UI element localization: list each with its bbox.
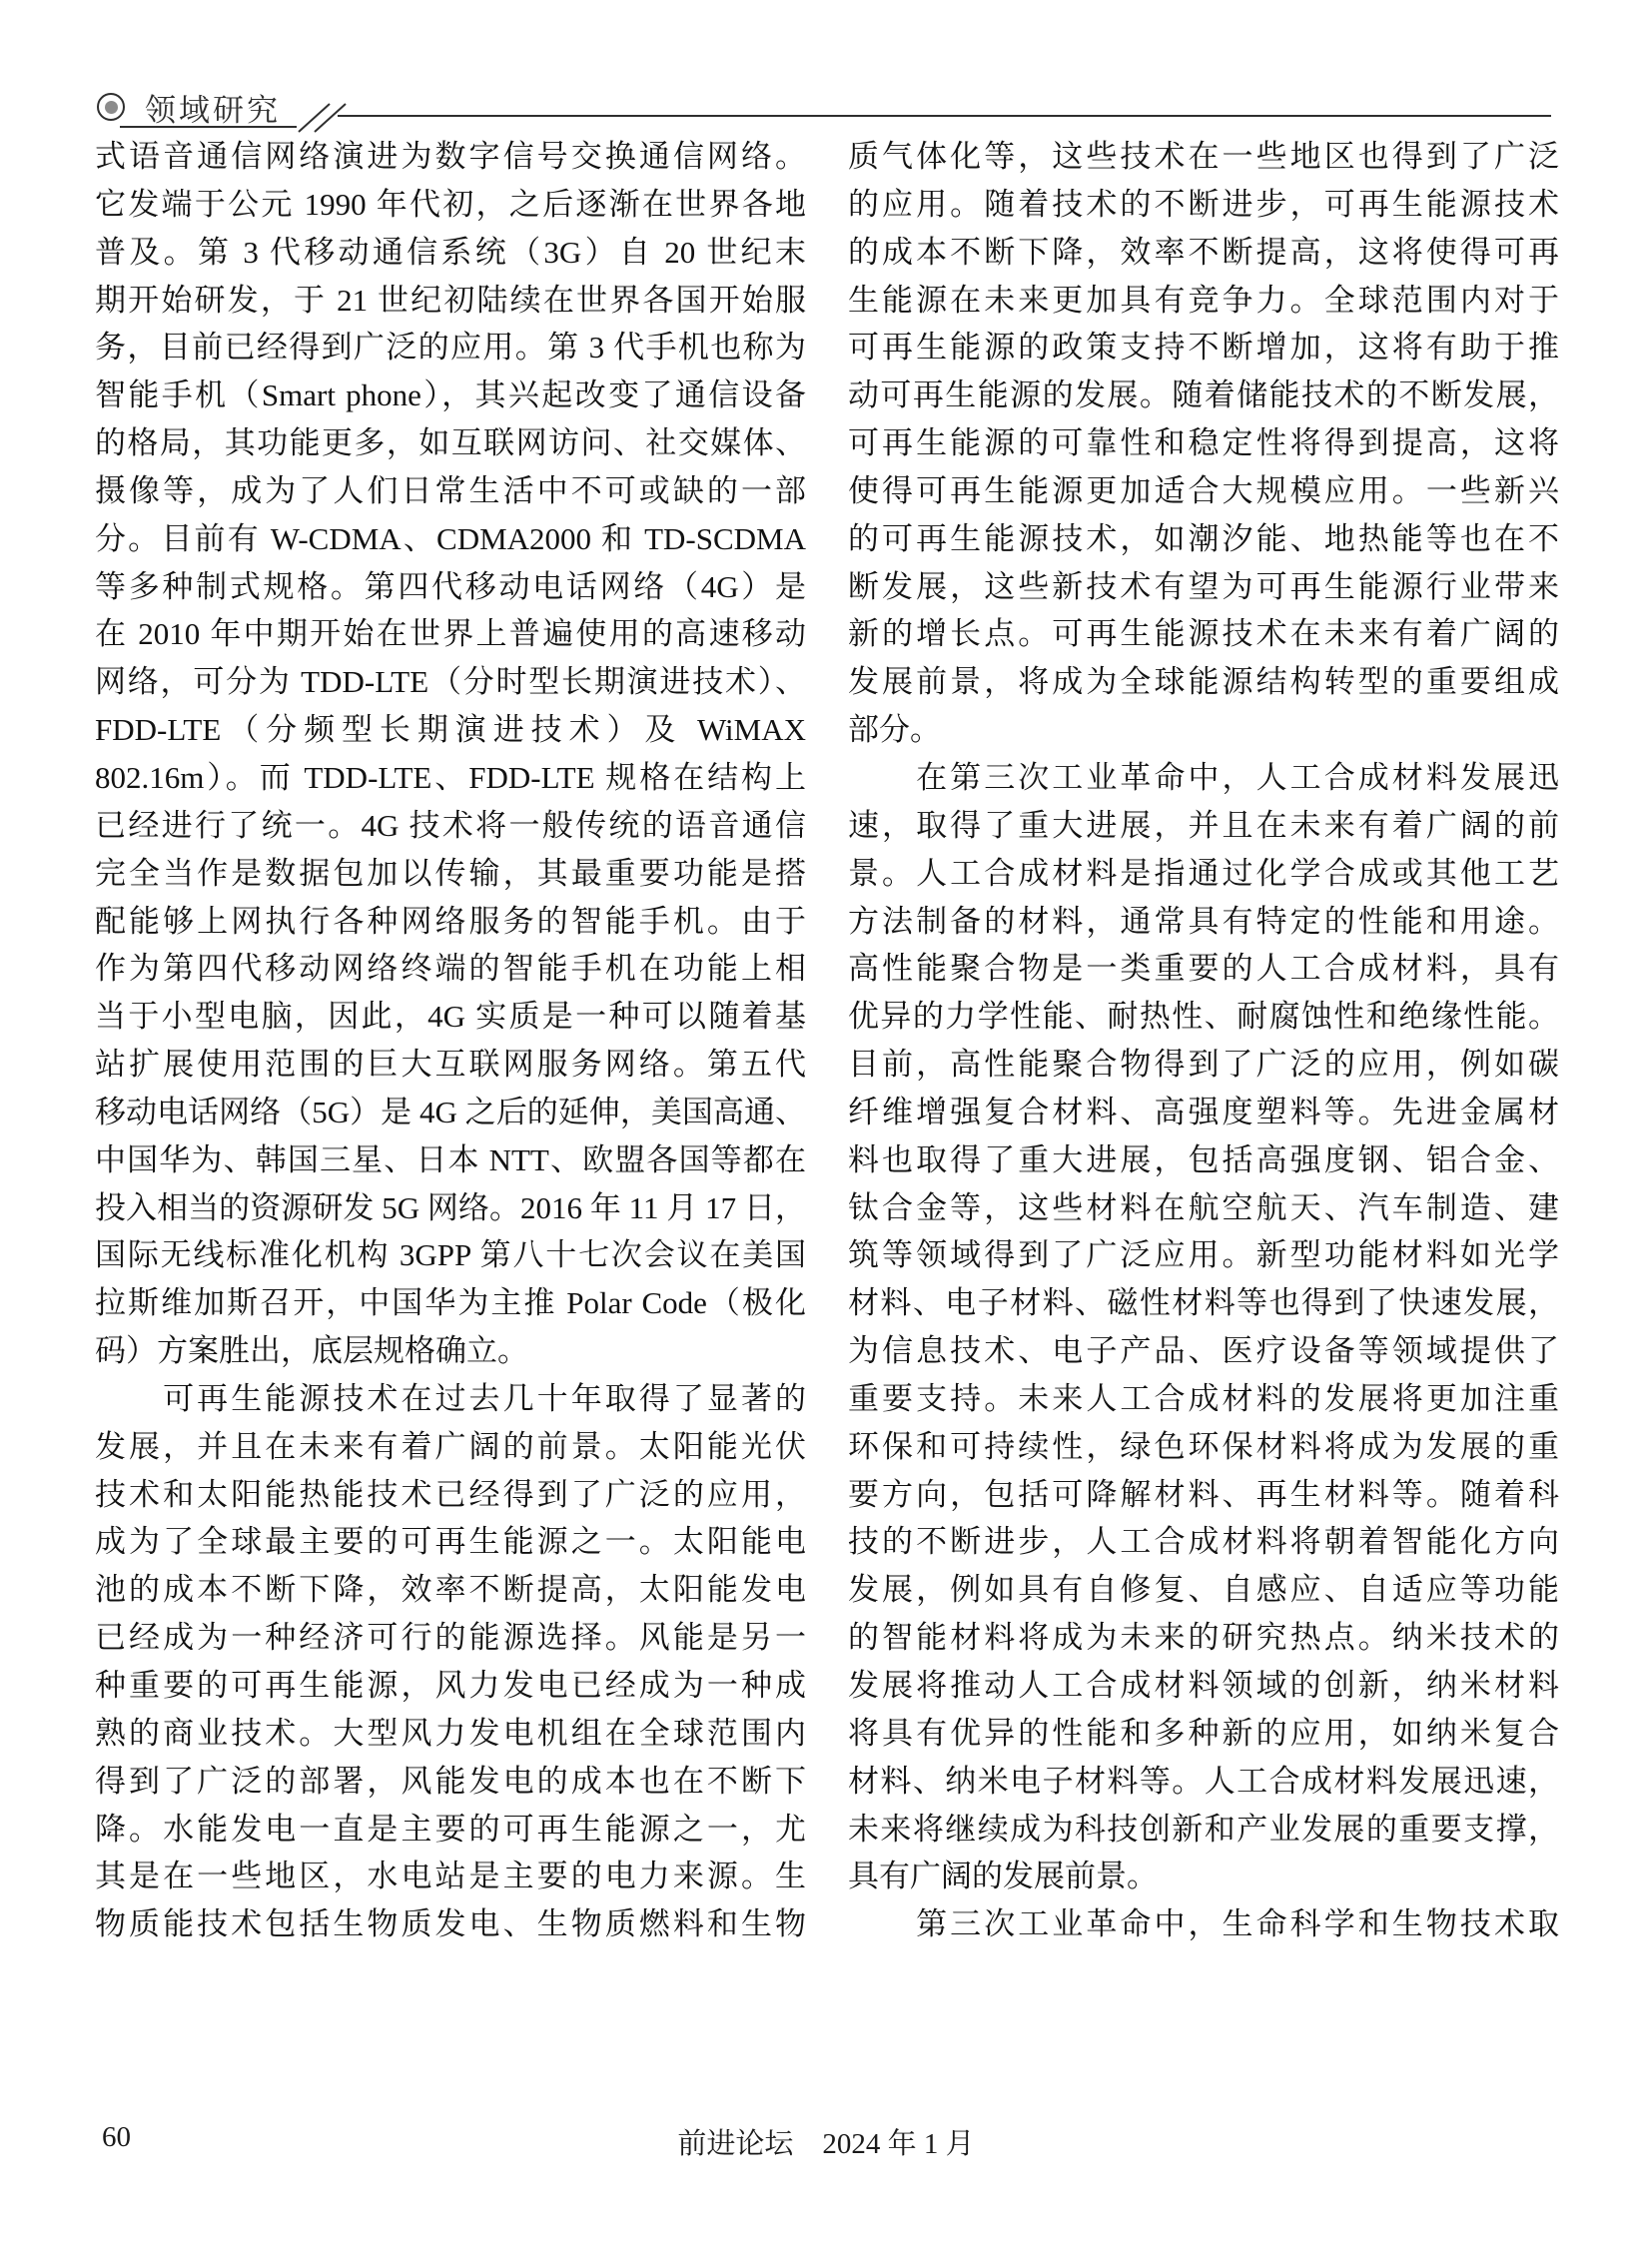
text-line: 摄像等，成为了人们日常生活中不可或缺的一部 [95,467,806,515]
text-line: 动可再生能源的发展。随着储能技术的不断发展， [848,372,1559,419]
text-line: 技术和太阳能热能技术已经得到了广泛的应用， [95,1471,806,1519]
text-line: 拉斯维加斯召开，中国华为主推 Polar Code（极化 [95,1279,806,1327]
text-line: 重要支持。未来人工合成材料的发展将更加注重 [848,1375,1559,1423]
text-line: 速，取得了重大进展，并且在未来有着广阔的前 [848,802,1559,850]
section-label: 领域研究 [145,85,281,130]
text-line: 第三次工业革命中，生命科学和生物技术取 [848,1900,1559,1948]
text-line: 的格局，其功能更多，如互联网访问、社交媒体、 [95,419,806,467]
text-line: 未来将继续成为科技创新和产业发展的重要支撑， [848,1806,1559,1854]
document-page: 领域研究 式语音通信网络演进为数字信号交换通信网络。它发端于公元 1990 年代… [0,0,1652,2242]
text-line: 池的成本不断下降，效率不断提高，太阳能发电 [95,1566,806,1614]
text-line: 的成本不断下降，效率不断提高，这将使得可再 [848,229,1559,277]
text-line: 成为了全球最主要的可再生能源之一。太阳能电 [95,1518,806,1566]
text-line: 发展，例如具有自修复、自感应、自适应等功能 [848,1566,1559,1614]
text-line: 为信息技术、电子产品、医疗设备等领域提供了 [848,1327,1559,1375]
text-line: 可再生能源的政策支持不断增加，这将有助于推 [848,324,1559,372]
section-header: 领域研究 [97,88,281,126]
text-line: 的可再生能源技术，如潮汐能、地热能等也在不 [848,515,1559,563]
text-line: 生能源在未来更加具有竞争力。全球范围内对于 [848,277,1559,325]
text-line: 新的增长点。可再生能源技术在未来有着广阔的 [848,610,1559,658]
bullseye-dot-icon [105,101,118,114]
text-line: 它发端于公元 1990 年代初，之后逐渐在世界各地 [95,181,806,229]
text-line: 纤维增强复合材料、高强度塑料等。先进金属材 [848,1089,1559,1136]
text-line: 作为第四代移动网络终端的智能手机在功能上相 [95,945,806,993]
text-line: 可再生能源技术在过去几十年取得了显著的 [95,1375,806,1423]
text-line: 部分。 [848,706,1559,754]
text-line: 国际无线标准化机构 3GPP 第八十七次会议在美国 [95,1231,806,1279]
text-line: 中国华为、韩国三星、日本 NTT、欧盟各国等都在 [95,1136,806,1184]
text-line: 完全当作是数据包加以传输，其最重要功能是搭 [95,850,806,898]
text-line: 高性能聚合物是一类重要的人工合成材料，具有 [848,945,1559,993]
text-line: 可再生能源的可靠性和稳定性将得到提高，这将 [848,419,1559,467]
text-line: 已经成为一种经济可行的能源选择。风能是另一 [95,1614,806,1662]
text-line: 具有广阔的发展前景。 [848,1853,1559,1900]
text-line: 式语音通信网络演进为数字信号交换通信网络。 [95,133,806,181]
text-line: 材料、纳米电子材料等。人工合成材料发展迅速， [848,1758,1559,1806]
text-line: 钛合金等，这些材料在航空航天、汽车制造、建 [848,1184,1559,1232]
text-line: 降。水能发电一直是主要的可再生能源之一，尤 [95,1806,806,1854]
text-line: 在第三次工业革命中，人工合成材料发展迅 [848,754,1559,802]
text-line: 当于小型电脑，因此，4G 实质是一种可以随着基 [95,993,806,1041]
text-line: 种重要的可再生能源，风力发电已经成为一种成 [95,1662,806,1710]
text-line: 目前，高性能聚合物得到了广泛的应用，例如碳 [848,1041,1559,1089]
text-line: 发展，并且在未来有着广阔的前景。太阳能光伏 [95,1423,806,1471]
text-line: 料也取得了重大进展，包括高强度钢、铝合金、 [848,1136,1559,1184]
text-line: 802.16m）。而 TDD-LTE、FDD-LTE 规格在结构上 [95,754,806,802]
text-line: 材料、电子材料、磁性材料等也得到了快速发展， [848,1279,1559,1327]
text-line: FDD-LTE（分频型长期演进技术）及 WiMAX（IEEE [95,706,806,754]
text-line: 要方向，包括可降解材料、再生材料等。随着科 [848,1471,1559,1519]
text-column-right: 质气体化等，这些技术在一些地区也得到了广泛的应用。随着技术的不断进步，可再生能源… [848,133,1559,1948]
text-line: 智能手机（Smart phone），其兴起改变了通信设备 [95,372,806,419]
text-line: 等多种制式规格。第四代移动电话网络（4G）是 [95,563,806,611]
text-line: 投入相当的资源研发 5G 网络。2016 年 11 月 17 日， [95,1184,806,1232]
text-line: 技的不断进步，人工合成材料将朝着智能化方向 [848,1518,1559,1566]
text-line: 发展前景，将成为全球能源结构转型的重要组成 [848,658,1559,706]
text-line: 环保和可持续性，绿色环保材料将成为发展的重 [848,1423,1559,1471]
text-line: 断发展，这些新技术有望为可再生能源行业带来 [848,563,1559,611]
text-line: 分。目前有 W-CDMA、CDMA2000 和 TD-SCDMA [95,515,806,563]
text-line: 移动电话网络（5G）是 4G 之后的延伸，美国高通、 [95,1089,806,1136]
text-line: 熟的商业技术。大型风力发电机组在全球范围内 [95,1710,806,1758]
text-line: 发展将推动人工合成材料领域的创新，纳米材料 [848,1662,1559,1710]
text-line: 方法制备的材料，通常具有特定的性能和用途。 [848,898,1559,946]
text-line: 在 2010 年中期开始在世界上普遍使用的高速移动 [95,610,806,658]
text-line: 得到了广泛的部署，风能发电的成本也在不断下 [95,1758,806,1806]
text-line: 景。人工合成材料是指通过化学合成或其他工艺 [848,850,1559,898]
text-line: 的智能材料将成为未来的研究热点。纳米技术的 [848,1614,1559,1662]
text-line: 务，目前已经得到广泛的应用。第 3 代手机也称为 [95,324,806,372]
journal-footer: 前进论坛 2024 年 1 月 [0,2121,1652,2162]
text-column-left: 式语音通信网络演进为数字信号交换通信网络。它发端于公元 1990 年代初，之后逐… [95,133,806,1948]
text-line: 优异的力学性能、耐热性、耐腐蚀性和绝缘性能。 [848,993,1559,1041]
text-line: 期开始研发，于 21 世纪初陆续在世界各国开始服 [95,277,806,325]
text-line: 的应用。随着技术的不断进步，可再生能源技术 [848,181,1559,229]
text-line: 已经进行了统一。4G 技术将一般传统的语音通信 [95,802,806,850]
text-line: 使得可再生能源更加适合大规模应用。一些新兴 [848,467,1559,515]
text-line: 站扩展使用范围的巨大互联网服务网络。第五代 [95,1041,806,1089]
text-line: 物质能技术包括生物质发电、生物质燃料和生物 [95,1900,806,1948]
text-line: 将具有优异的性能和多种新的应用，如纳米复合 [848,1710,1559,1758]
text-line: 筑等领域得到了广泛应用。新型功能材料如光学 [848,1231,1559,1279]
bullseye-icon [97,93,125,121]
text-line: 质气体化等，这些技术在一些地区也得到了广泛 [848,133,1559,181]
text-line: 配能够上网执行各种网络服务的智能手机。由于 [95,898,806,946]
text-line: 其是在一些地区，水电站是主要的电力来源。生 [95,1853,806,1900]
text-line: 码）方案胜出，底层规格确立。 [95,1327,806,1375]
text-line: 普及。第 3 代移动通信系统（3G）自 20 世纪末 [95,229,806,277]
text-line: 网络，可分为 TDD-LTE（分时型长期演进技术）、 [95,658,806,706]
